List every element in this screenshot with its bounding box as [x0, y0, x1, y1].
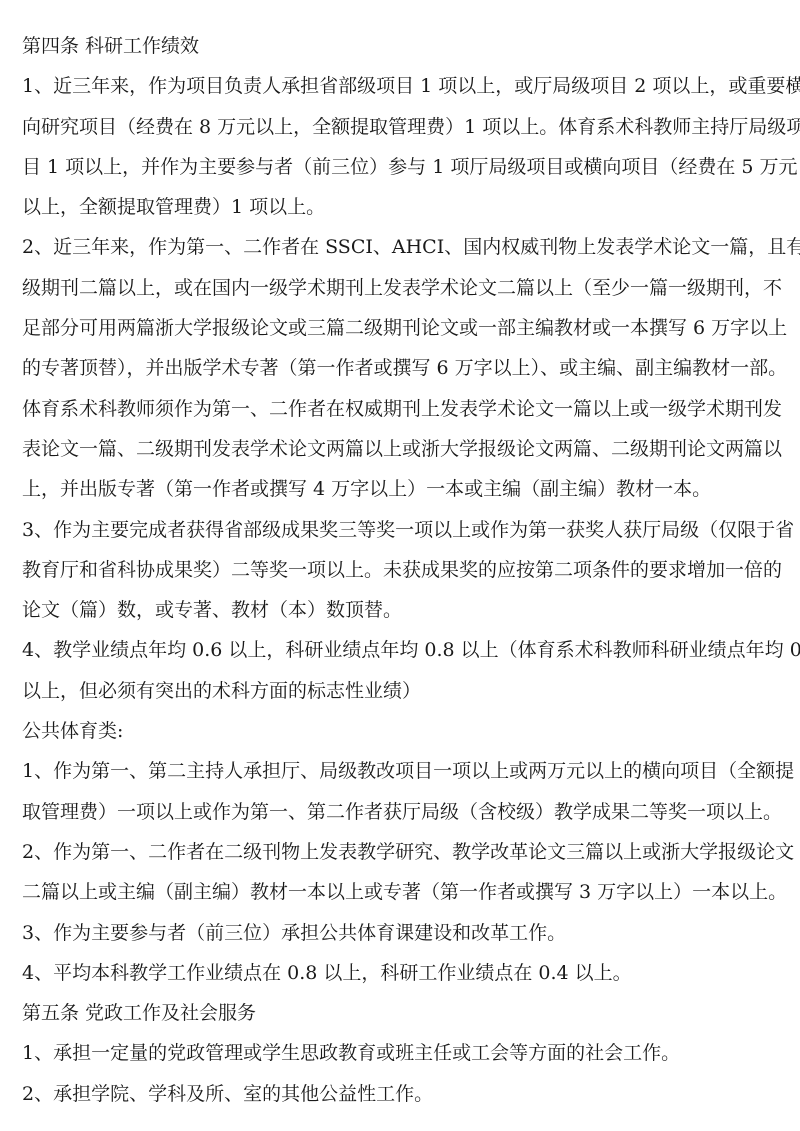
- document-page: 第四条 科研工作绩效 1、近三年来，作为项目负责人承担省部级项目 1 项以上，或…: [22, 26, 780, 1114]
- text-line: 2、近三年来，作为第一、二作者在 SSCI、AHCI、国内权威刊物上发表学术论文…: [22, 227, 780, 267]
- list-item: 1、承担一定量的党政管理或学生思政教育或班主任或工会等方面的社会工作。: [22, 1033, 780, 1073]
- list-item: 2、作为第一、二作者在二级刊物上发表教学研究、教学改革论文三篇以上或浙大学报级论…: [22, 832, 780, 913]
- text-line: 以上，但必须有突出的术科方面的标志性业绩）: [22, 671, 780, 711]
- text-line: 2、承担学院、学科及所、室的其他公益性工作。: [22, 1074, 780, 1114]
- text-line: 的专著顶替），并出版学术专著（第一作者或撰写 6 万字以上）、或主编、副主编教材…: [22, 348, 780, 388]
- text-line: 2、作为第一、二作者在二级刊物上发表教学研究、教学改革论文三篇以上或浙大学报级论…: [22, 832, 780, 872]
- list-item: 体育系术科教师须作为第一、二作者在权威期刊上发表学术论文一篇以上或一级学术期刊发…: [22, 389, 780, 510]
- text-line: 1、承担一定量的党政管理或学生思政教育或班主任或工会等方面的社会工作。: [22, 1033, 780, 1073]
- text-line: 4、平均本科教学工作业绩点在 0.8 以上，科研工作业绩点在 0.4 以上。: [22, 953, 780, 993]
- text-line: 表论文一篇、二级期刊发表学术论文两篇以上或浙大学报级论文两篇、二级期刊论文两篇以: [22, 429, 780, 469]
- text-line: 目 1 项以上，并作为主要参与者（前三位）参与 1 项厅局级项目或横向项目（经费…: [22, 147, 780, 187]
- text-line: 上，并出版专著（第一作者或撰写 4 万字以上）一本或主编（副主编）教材一本。: [22, 469, 780, 509]
- section-heading: 第四条 科研工作绩效: [22, 26, 780, 66]
- text-line: 1、作为第一、第二主持人承担厅、局级教改项目一项以上或两万元以上的横向项目（全额…: [22, 751, 780, 791]
- text-line: 取管理费）一项以上或作为第一、第二作者获厅局级（含校级）教学成果二等奖一项以上。: [22, 792, 780, 832]
- text-line: 3、作为主要参与者（前三位）承担公共体育课建设和改革工作。: [22, 913, 780, 953]
- text-line: 二篇以上或主编（副主编）教材一本以上或专著（第一作者或撰写 3 万字以上）一本以…: [22, 872, 780, 912]
- list-item: 1、近三年来，作为项目负责人承担省部级项目 1 项以上，或厅局级项目 2 项以上…: [22, 66, 780, 227]
- section-article-4: 第四条 科研工作绩效 1、近三年来，作为项目负责人承担省部级项目 1 项以上，或…: [22, 26, 780, 711]
- text-line: 4、教学业绩点年均 0.6 以上，科研业绩点年均 0.8 以上（体育系术科教师科…: [22, 630, 780, 670]
- section-article-5: 第五条 党政工作及社会服务 1、承担一定量的党政管理或学生思政教育或班主任或工会…: [22, 993, 780, 1114]
- list-item: 4、教学业绩点年均 0.6 以上，科研业绩点年均 0.8 以上（体育系术科教师科…: [22, 630, 780, 711]
- section-heading: 第五条 党政工作及社会服务: [22, 993, 780, 1033]
- list-item: 4、平均本科教学工作业绩点在 0.8 以上，科研工作业绩点在 0.4 以上。: [22, 953, 780, 993]
- list-item: 2、近三年来，作为第一、二作者在 SSCI、AHCI、国内权威刊物上发表学术论文…: [22, 227, 780, 388]
- text-line: 级期刊二篇以上，或在国内一级学术期刊上发表学术论文二篇以上（至少一篇一级期刊，不: [22, 268, 780, 308]
- text-line: 向研究项目（经费在 8 万元以上，全额提取管理费）1 项以上。体育系术科教师主持…: [22, 107, 780, 147]
- list-item: 2、承担学院、学科及所、室的其他公益性工作。: [22, 1074, 780, 1114]
- text-line: 教育厅和省科协成果奖）二等奖一项以上。未获成果奖的应按第二项条件的要求增加一倍的: [22, 550, 780, 590]
- section-public-pe: 公共体育类: 1、作为第一、第二主持人承担厅、局级教改项目一项以上或两万元以上的…: [22, 711, 780, 993]
- text-line: 1、近三年来，作为项目负责人承担省部级项目 1 项以上，或厅局级项目 2 项以上…: [22, 66, 780, 106]
- text-line: 3、作为主要完成者获得省部级成果奖三等奖一项以上或作为第一获奖人获厅局级（仅限于…: [22, 510, 780, 550]
- text-line: 足部分可用两篇浙大学报级论文或三篇二级期刊论文或一部主编教材或一本撰写 6 万字…: [22, 308, 780, 348]
- text-line: 以上，全额提取管理费）1 项以上。: [22, 187, 780, 227]
- section-heading: 公共体育类:: [22, 711, 780, 751]
- list-item: 1、作为第一、第二主持人承担厅、局级教改项目一项以上或两万元以上的横向项目（全额…: [22, 751, 780, 832]
- text-line: 体育系术科教师须作为第一、二作者在权威期刊上发表学术论文一篇以上或一级学术期刊发: [22, 389, 780, 429]
- list-item: 3、作为主要完成者获得省部级成果奖三等奖一项以上或作为第一获奖人获厅局级（仅限于…: [22, 510, 780, 631]
- text-line: 论文（篇）数，或专著、教材（本）数顶替。: [22, 590, 780, 630]
- list-item: 3、作为主要参与者（前三位）承担公共体育课建设和改革工作。: [22, 913, 780, 953]
